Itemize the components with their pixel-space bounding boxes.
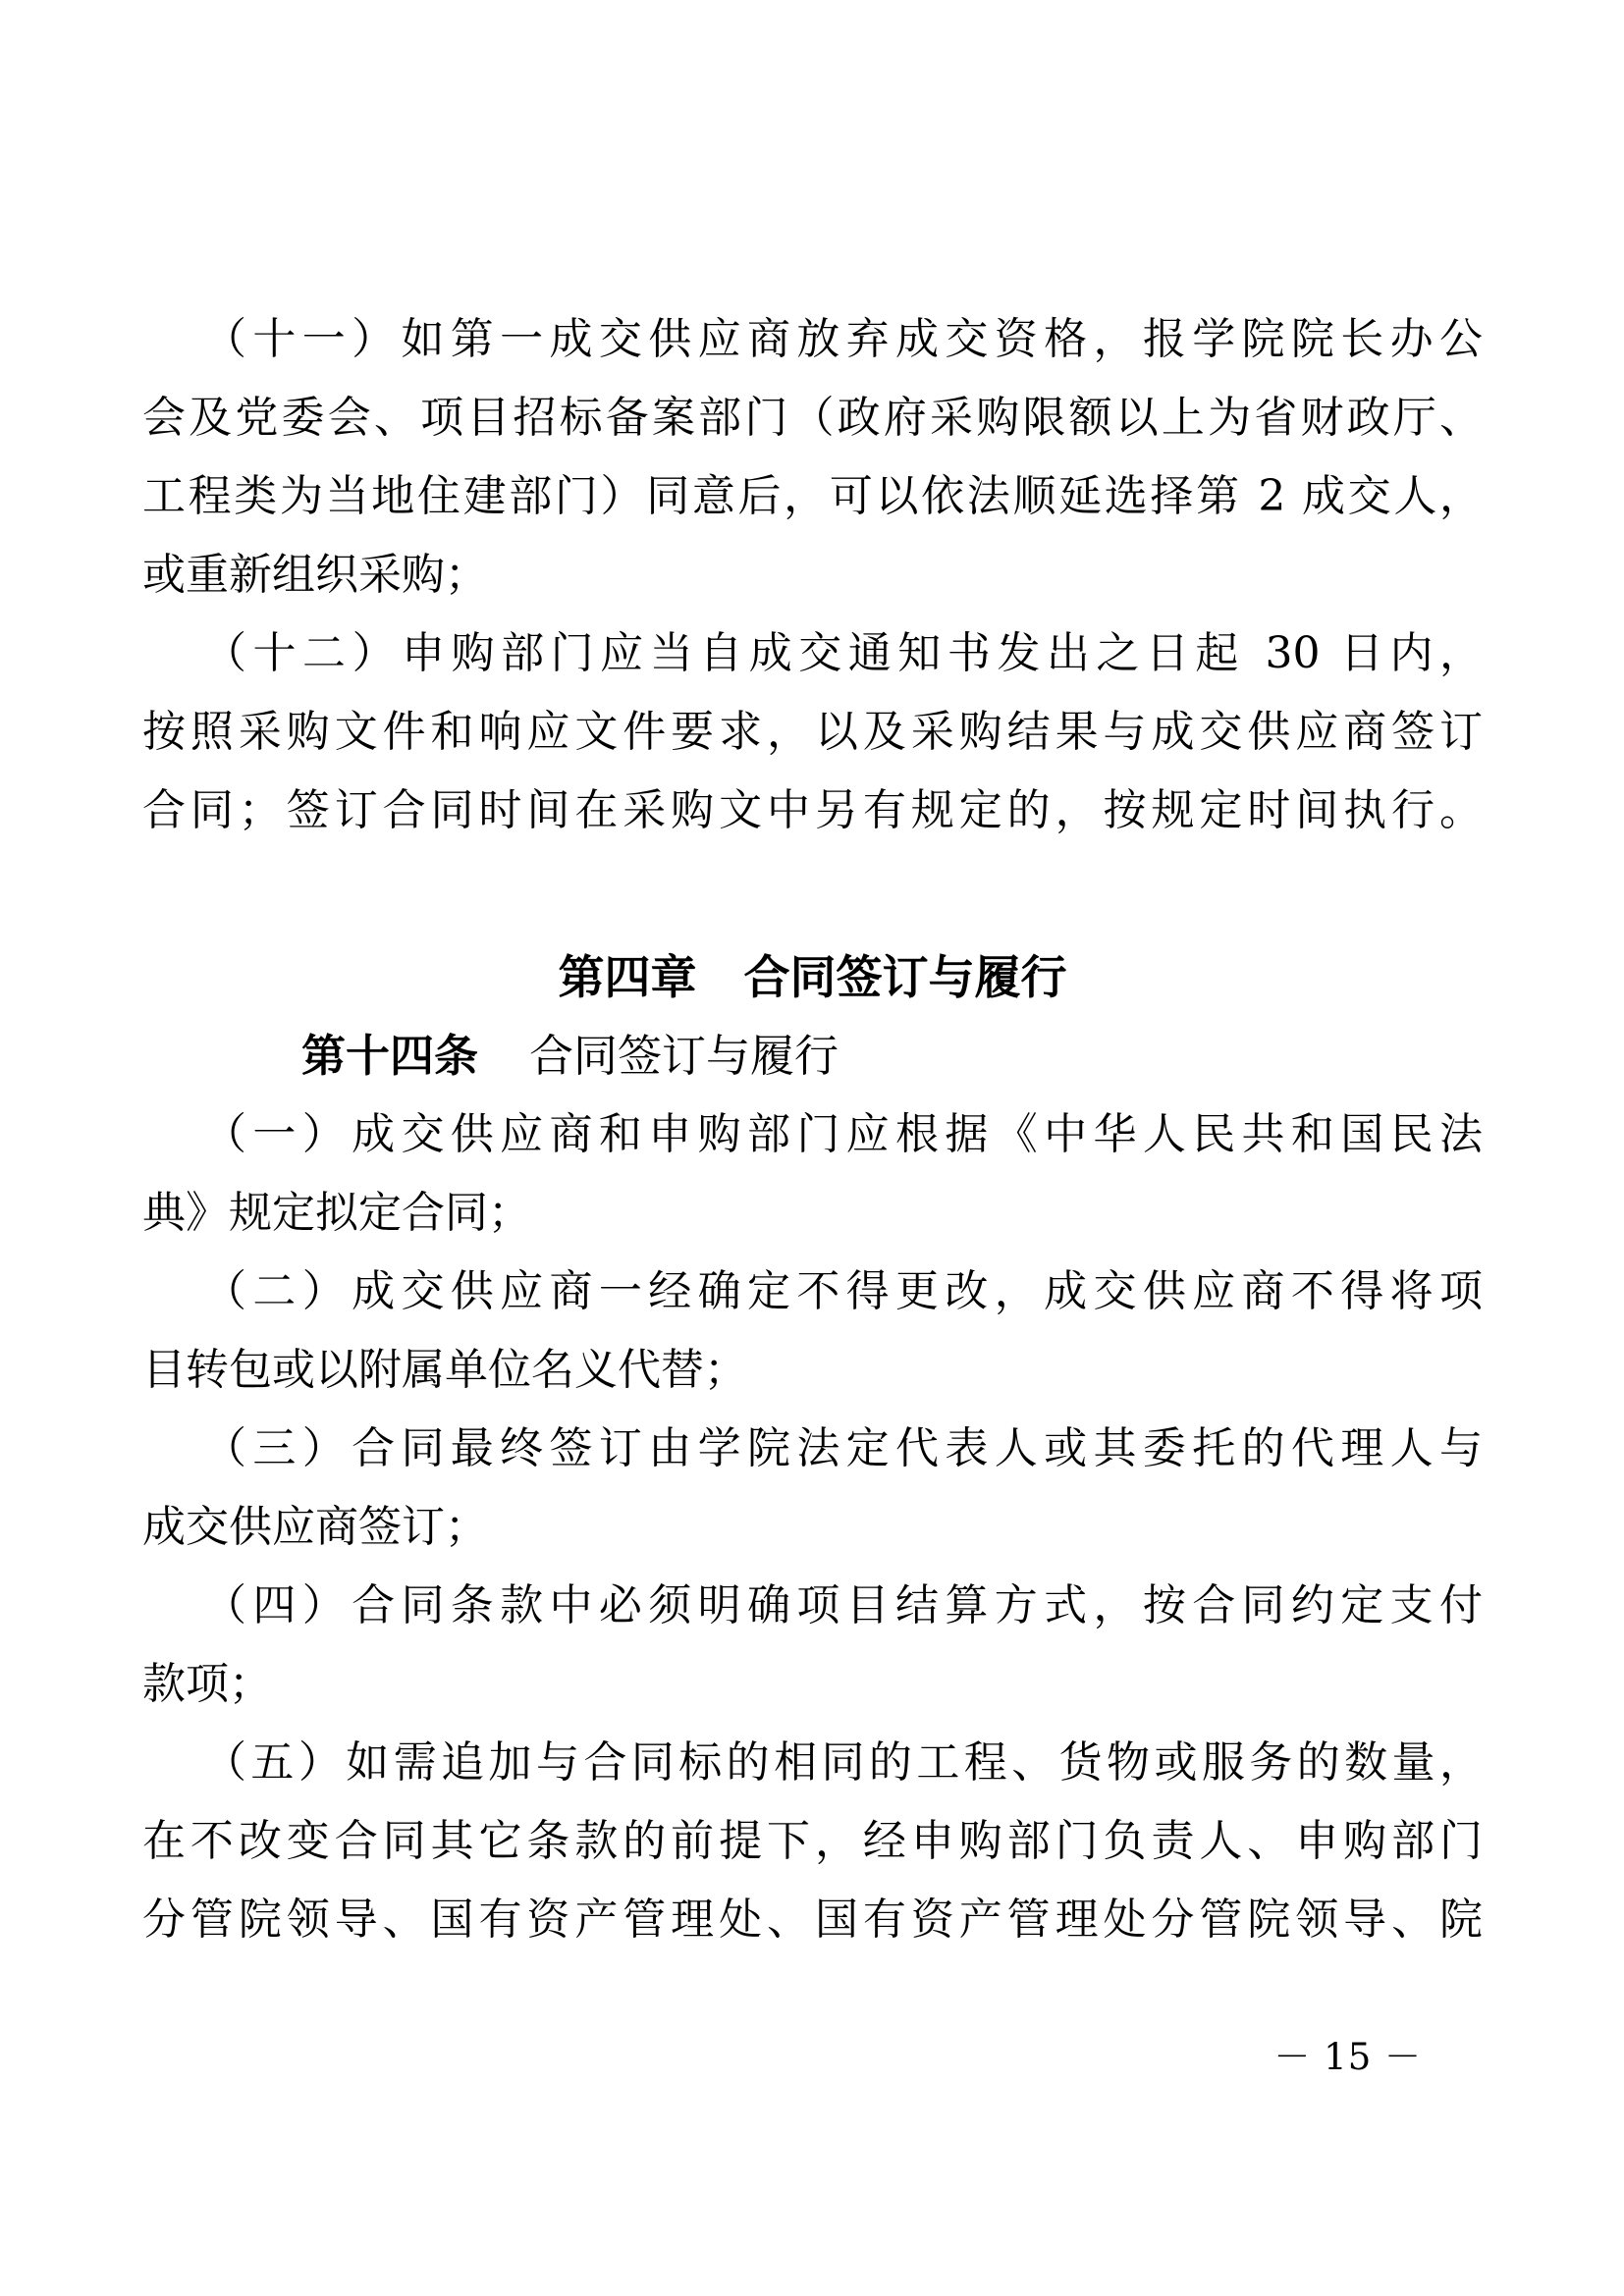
paragraph-line: 会及党委会、项目招标备案部门（政府采购限额以上为省财政厅、: [142, 379, 1483, 457]
paragraph-line: 合同；签订合同时间在采购文中另有规定的，按规定时间执行。: [142, 772, 1483, 850]
paragraph-line: （十二）申购部门应当自成交通知书发出之日起 30 日内，: [142, 614, 1483, 693]
paragraph-line: （一）成交供应商和申购部门应根据《中华人民共和国民法: [142, 1095, 1483, 1174]
paragraph-line: （二）成交供应商一经确定不得更改，成交供应商不得将项: [142, 1253, 1483, 1331]
paragraph-line: 典》规定拟定合同；: [142, 1174, 1483, 1253]
paragraph-line: 按照采购文件和响应文件要求，以及采购结果与成交供应商签订: [142, 693, 1483, 772]
paragraph-line: 或重新组织采购；: [142, 536, 1483, 614]
paragraph-line: （十一）如第一成交供应商放弃成交资格，报学院院长办公: [142, 300, 1483, 379]
page-number: － 15 －: [1273, 2034, 1422, 2081]
article-heading: 第十四条合同签订与履行: [142, 1017, 1483, 1095]
document-page: （十一）如第一成交供应商放弃成交资格，报学院院长办公 会及党委会、项目招标备案部…: [0, 0, 1624, 2296]
paragraph-line: 款项；: [142, 1645, 1483, 1724]
chapter-number: 第四章: [559, 951, 697, 1003]
paragraph-line: 目转包或以附属单位名义代替；: [142, 1331, 1483, 1410]
paragraph-line: （四）合同条款中必须明确项目结算方式，按合同约定支付: [142, 1567, 1483, 1645]
article-number: 第十四条: [301, 1030, 478, 1082]
article-title: 合同签订与履行: [529, 1030, 839, 1082]
document-content: （十一）如第一成交供应商放弃成交资格，报学院院长办公 会及党委会、项目招标备案部…: [142, 300, 1483, 1959]
paragraph-line: （五）如需追加与合同标的相同的工程、货物或服务的数量，: [142, 1724, 1483, 1802]
chapter-title: 合同签订与履行: [744, 951, 1067, 1003]
paragraph-line: 工程类为当地住建部门）同意后，可以依法顺延选择第 2 成交人，: [142, 457, 1483, 536]
section-gap: [142, 850, 1483, 938]
paragraph-line: 在不改变合同其它条款的前提下，经申购部门负责人、申购部门: [142, 1802, 1483, 1881]
paragraph-line: 分管院领导、国有资产管理处、国有资产管理处分管院领导、院: [142, 1881, 1483, 1959]
chapter-heading: 第四章合同签订与履行: [142, 938, 1483, 1017]
paragraph-line: 成交供应商签订；: [142, 1488, 1483, 1567]
paragraph-line: （三）合同最终签订由学院法定代表人或其委托的代理人与: [142, 1410, 1483, 1488]
